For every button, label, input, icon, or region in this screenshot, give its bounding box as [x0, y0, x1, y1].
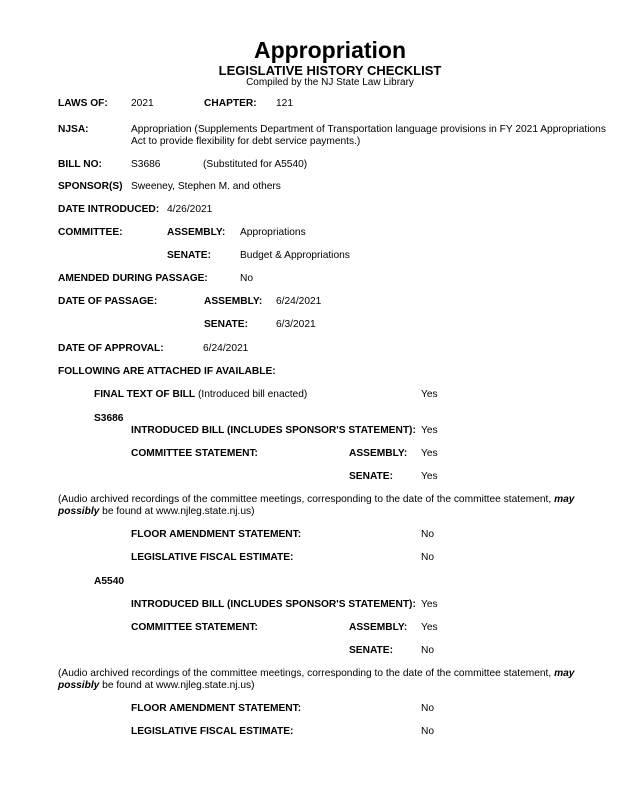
njsa-label: NJSA: — [58, 124, 89, 136]
audio-note-text: (Audio archived recordings of the commit… — [58, 494, 551, 505]
a5540-committee-label: COMMITTEE STATEMENT: — [131, 622, 258, 634]
audio-note-text: (Audio archived recordings of the commit… — [58, 668, 551, 679]
committee-assembly-value: Appropriations — [240, 227, 306, 239]
s3686-fiscal-label: LEGISLATIVE FISCAL ESTIMATE: — [131, 552, 293, 564]
s3686-assembly-label: ASSEMBLY: — [349, 448, 407, 460]
approval-value: 6/24/2021 — [203, 343, 248, 355]
laws-of-label: LAWS OF: — [58, 98, 108, 110]
a5540-introduced-label: INTRODUCED BILL (INCLUDES SPONSOR'S STAT… — [131, 599, 416, 611]
s3686-floor-value: No — [421, 529, 434, 541]
a5540-assembly-label: ASSEMBLY: — [349, 622, 407, 634]
a5540-floor-label: FLOOR AMENDMENT STATEMENT: — [131, 703, 301, 715]
bill-a5540-heading: A5540 — [94, 576, 124, 588]
audio-note-link-text: be found at www.njleg.state.nj.us) — [102, 680, 254, 691]
passage-senate-value: 6/3/2021 — [276, 319, 316, 331]
a5540-introduced-value: Yes — [421, 599, 438, 611]
s3686-assembly-value: Yes — [421, 448, 438, 460]
final-text-row: FINAL TEXT OF BILL (Introduced bill enac… — [94, 389, 307, 401]
committee-senate-label: SENATE: — [167, 250, 211, 262]
njsa-value: Appropriation (Supplements Department of… — [131, 124, 611, 148]
bill-no-value: S3686 — [131, 159, 160, 171]
bill-no-label: BILL NO: — [58, 159, 102, 171]
final-text-value: Yes — [421, 389, 438, 401]
compiled-by: Compiled by the NJ State Law Library — [0, 77, 618, 89]
a5540-floor-value: No — [421, 703, 434, 715]
a5540-senate-label: SENATE: — [349, 645, 393, 657]
audio-note-2: (Audio archived recordings of the commit… — [58, 668, 603, 692]
sponsors-value: Sweeney, Stephen M. and others — [131, 181, 281, 193]
final-text-note: (Introduced bill enacted) — [198, 389, 307, 400]
passage-label: DATE OF PASSAGE: — [58, 296, 157, 308]
date-introduced-value: 4/26/2021 — [167, 204, 212, 216]
amended-value: No — [240, 273, 253, 285]
a5540-assembly-value: Yes — [421, 622, 438, 634]
s3686-introduced-value: Yes — [421, 425, 438, 437]
committee-senate-value: Budget & Appropriations — [240, 250, 350, 262]
sponsors-label: SPONSOR(S) — [58, 181, 123, 193]
committee-assembly-label: ASSEMBLY: — [167, 227, 225, 239]
s3686-committee-label: COMMITTEE STATEMENT: — [131, 448, 258, 460]
audio-note: (Audio archived recordings of the commit… — [58, 494, 603, 518]
passage-senate-label: SENATE: — [204, 319, 248, 331]
committee-label: COMMITTEE: — [58, 227, 123, 239]
chapter-value: 121 — [276, 98, 293, 110]
bill-substituted: (Substituted for A5540) — [203, 159, 307, 171]
s3686-floor-label: FLOOR AMENDMENT STATEMENT: — [131, 529, 301, 541]
passage-assembly-value: 6/24/2021 — [276, 296, 321, 308]
document-subtitle: LEGISLATIVE HISTORY CHECKLIST — [0, 63, 618, 78]
a5540-fiscal-label: LEGISLATIVE FISCAL ESTIMATE: — [131, 726, 293, 738]
s3686-introduced-label: INTRODUCED BILL (INCLUDES SPONSOR'S STAT… — [131, 425, 416, 437]
s3686-senate-value: Yes — [421, 471, 438, 483]
s3686-senate-label: SENATE: — [349, 471, 393, 483]
final-text-label: FINAL TEXT OF BILL — [94, 389, 195, 400]
bill-s3686-heading: S3686 — [94, 413, 123, 425]
chapter-label: CHAPTER: — [204, 98, 257, 110]
attachments-heading: FOLLOWING ARE ATTACHED IF AVAILABLE: — [58, 366, 276, 378]
s3686-fiscal-value: No — [421, 552, 434, 564]
a5540-senate-value: No — [421, 645, 434, 657]
passage-assembly-label: ASSEMBLY: — [204, 296, 262, 308]
date-introduced-label: DATE INTRODUCED: — [58, 204, 159, 216]
approval-label: DATE OF APPROVAL: — [58, 343, 164, 355]
laws-of-value: 2021 — [131, 98, 154, 110]
audio-note-link-text: be found at www.njleg.state.nj.us) — [102, 506, 254, 517]
amended-label: AMENDED DURING PASSAGE: — [58, 273, 208, 285]
document-title: Appropriation — [0, 37, 618, 63]
a5540-fiscal-value: No — [421, 726, 434, 738]
